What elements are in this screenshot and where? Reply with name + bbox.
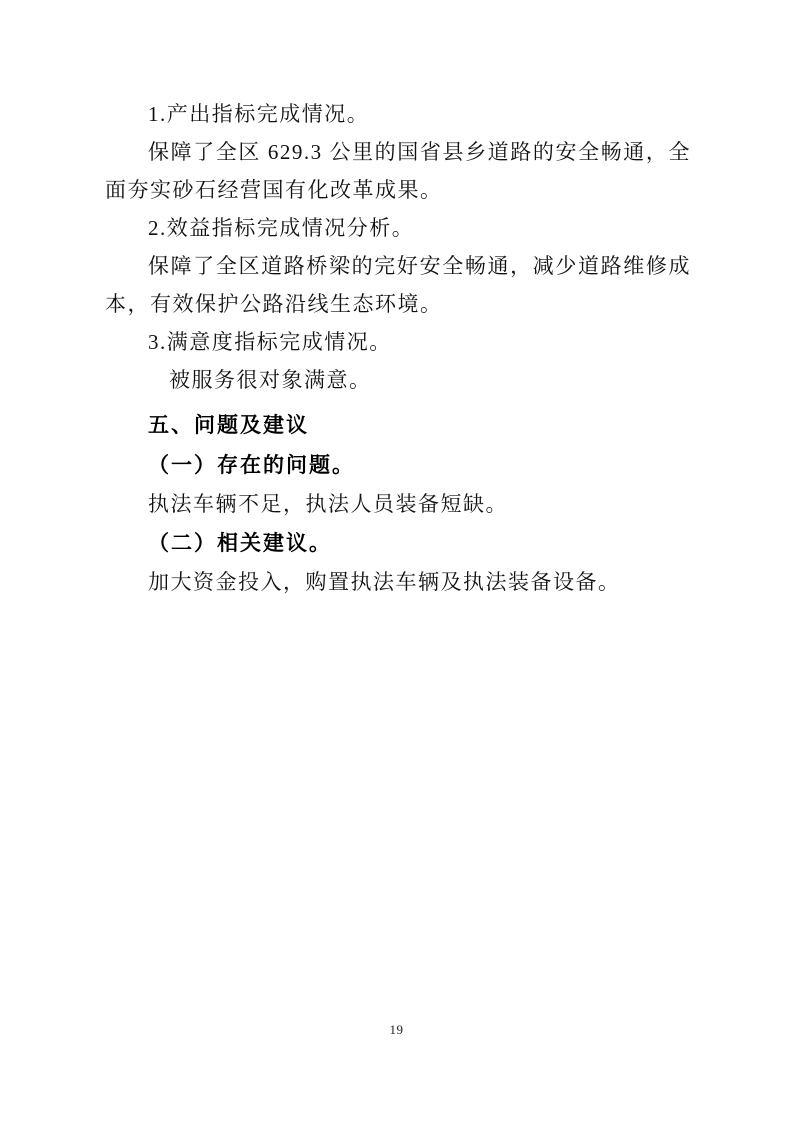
body-paragraph-output-indicator: 1.产出指标完成情况。: [105, 95, 691, 133]
document-page: 1.产出指标完成情况。 保障了全区 629.3 公里的国省县乡道路的安全畅通，全…: [0, 0, 793, 1122]
subsection-heading-existing-problems: （一）存在的问题。: [105, 445, 691, 485]
body-paragraph-satisfaction-indicator: 3.满意度指标完成情况。: [105, 323, 691, 361]
page-number: 19: [0, 1022, 793, 1038]
body-paragraph-bridge-safety: 保障了全区道路桥梁的完好安全畅通，减少道路维修成本，有效保护公路沿线生态环境。: [105, 247, 691, 323]
document-body: 1.产出指标完成情况。 保障了全区 629.3 公里的国省县乡道路的安全畅通，全…: [105, 95, 691, 601]
body-paragraph-service-satisfaction: 被服务很对象满意。: [105, 361, 691, 399]
subsection-heading-related-suggestions: （二）相关建议。: [105, 523, 691, 563]
body-paragraph-road-safety: 保障了全区 629.3 公里的国省县乡道路的安全畅通，全面夯实砂石经营国有化改革…: [105, 133, 691, 209]
body-paragraph-increase-funding: 加大资金投入，购置执法车辆及执法装备设备。: [105, 563, 691, 601]
section-heading-problems-and-suggestions: 五、问题及建议: [105, 405, 691, 445]
body-paragraph-benefit-indicator: 2.效益指标完成情况分析。: [105, 209, 691, 247]
body-paragraph-equipment-shortage: 执法车辆不足，执法人员装备短缺。: [105, 485, 691, 523]
